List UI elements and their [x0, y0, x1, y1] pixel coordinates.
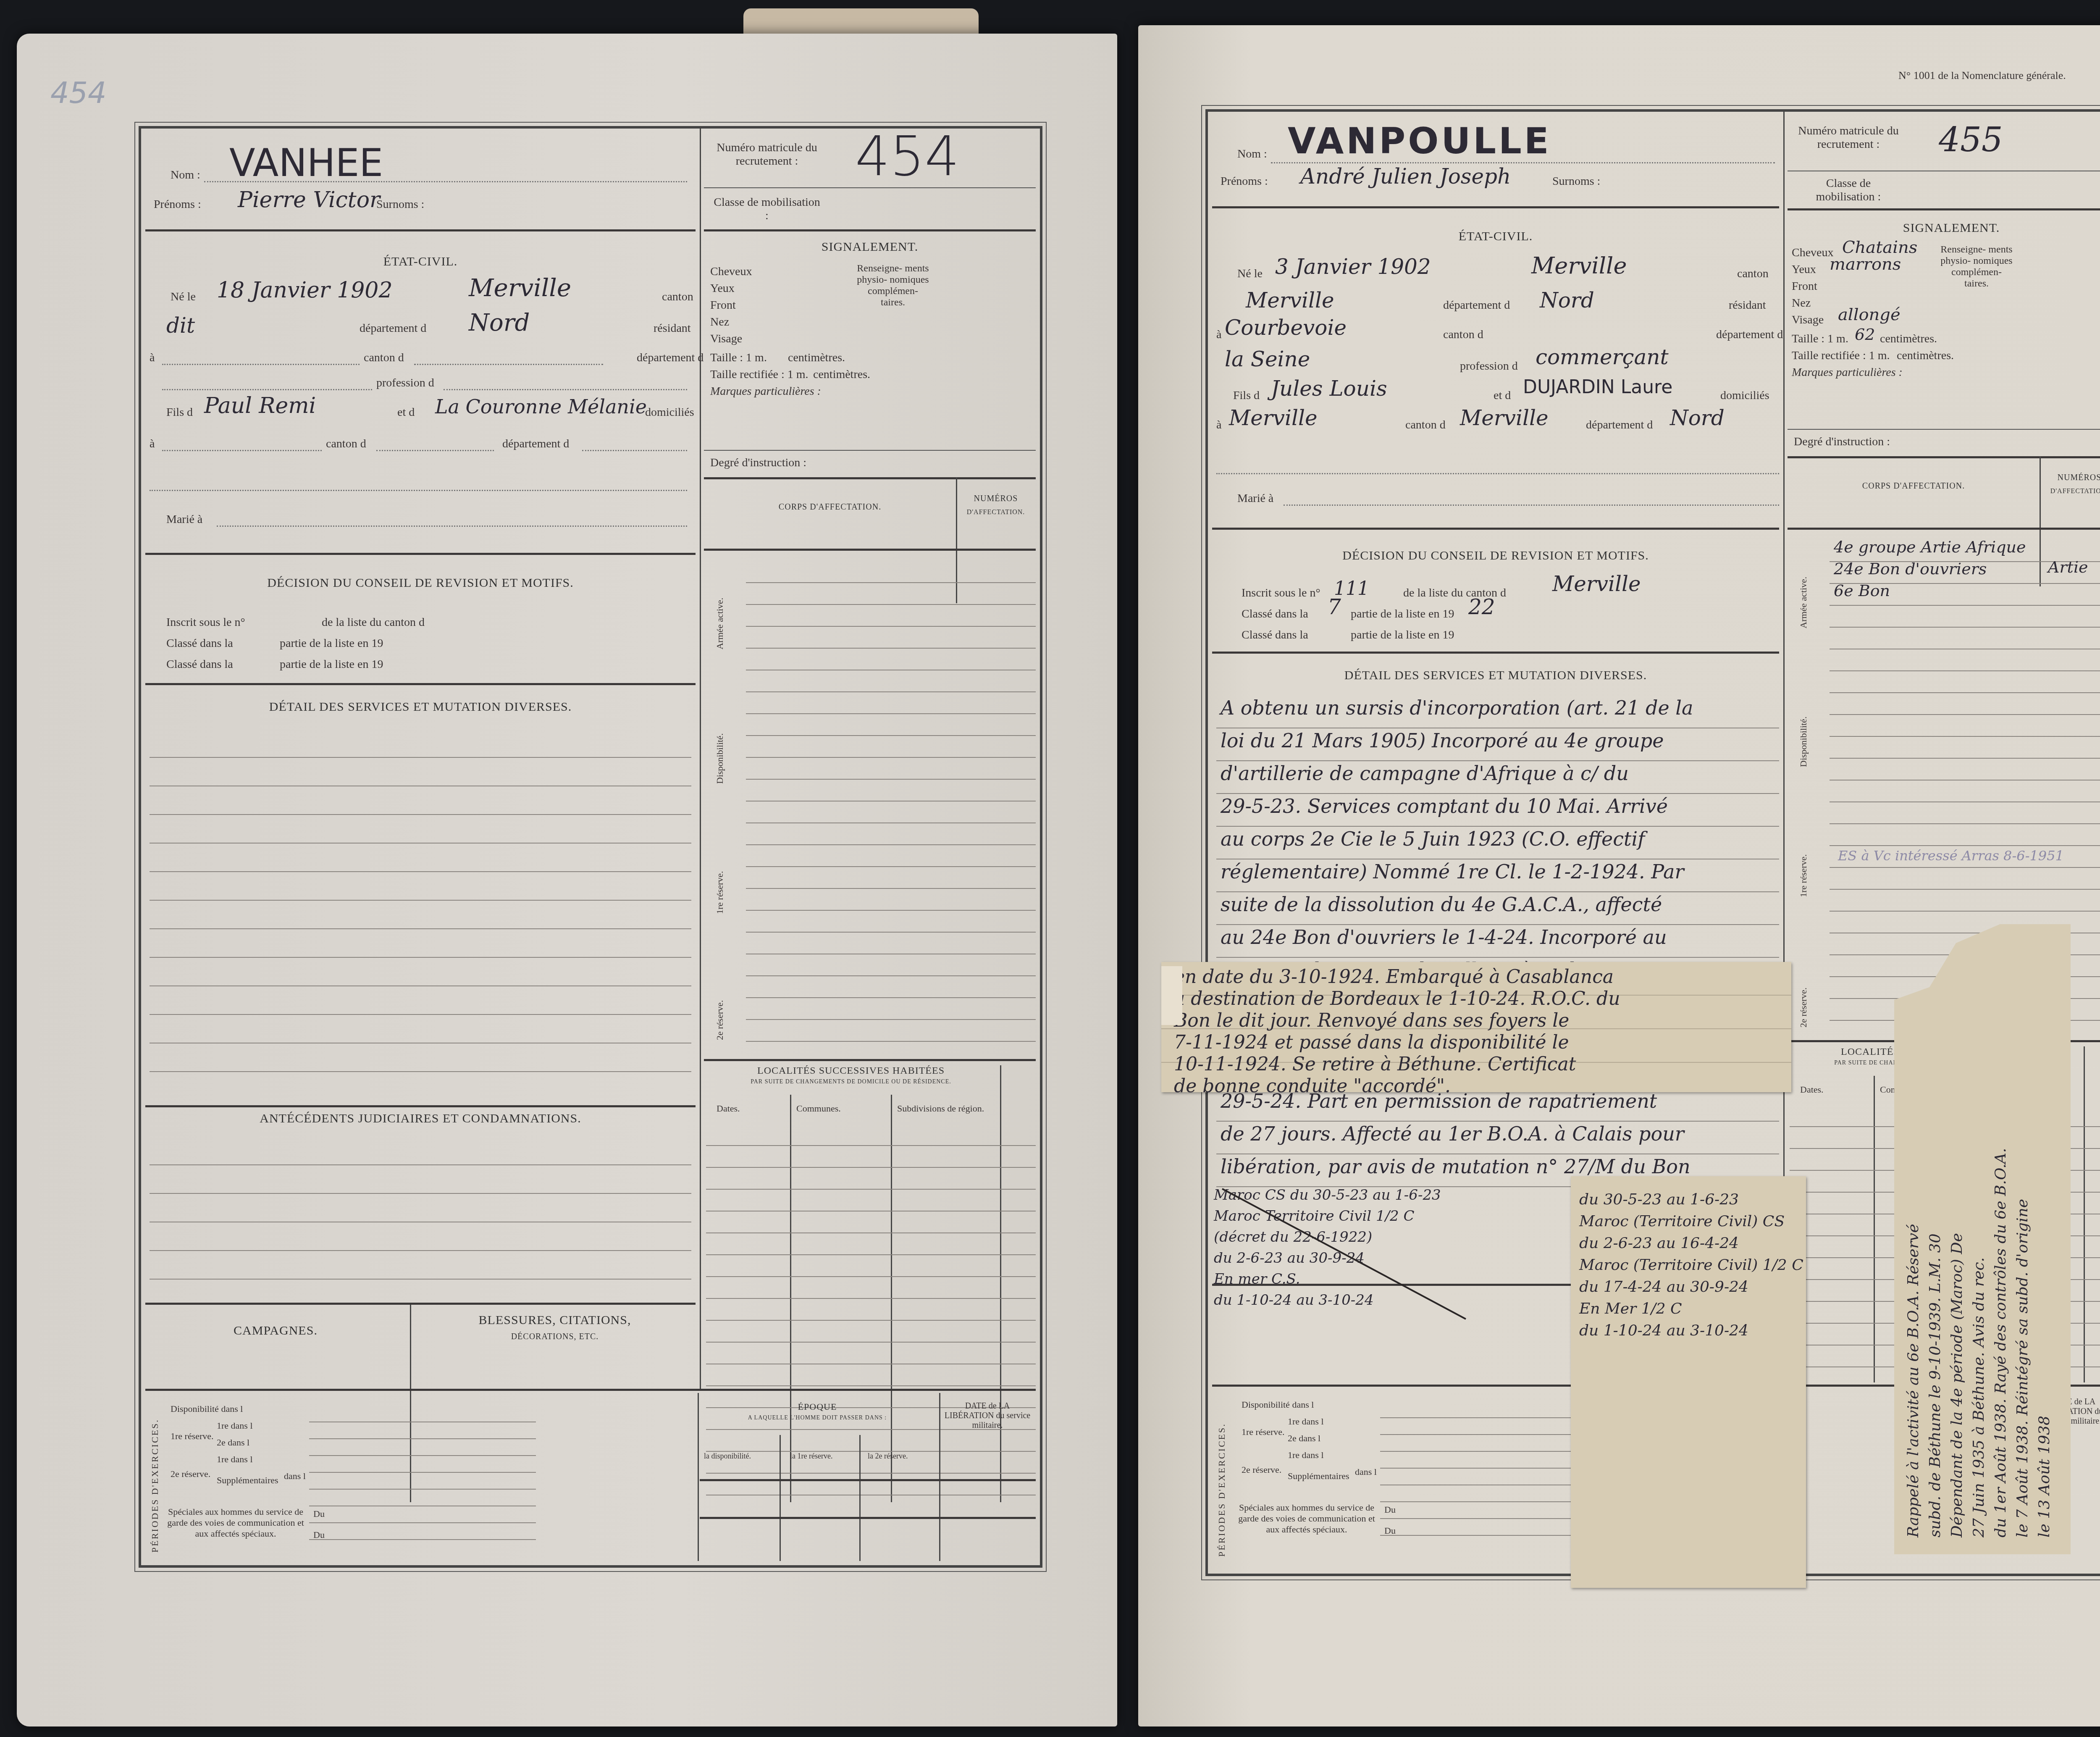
supplementaires-label: Supplémentaires: [217, 1475, 278, 1486]
canton-d-label: canton d: [364, 351, 404, 365]
taille-label: Taille : 1 m.: [710, 351, 767, 365]
residence-line: [162, 364, 360, 365]
decorations-heading: DÉCORATIONS, ETC.: [410, 1332, 700, 1342]
res2-label: 2e réserve.: [171, 1469, 210, 1479]
a-label: à: [150, 351, 155, 365]
tape: [1161, 966, 1182, 1025]
divider: [1212, 206, 1779, 208]
residant-value: Courbevoie: [1225, 315, 1347, 340]
visage-label: Visage: [710, 332, 742, 346]
partie-label-2: partie de la liste en 19: [1351, 628, 1454, 642]
antecedents-lines: [150, 1137, 691, 1296]
et-de-label: et d: [1494, 389, 1511, 402]
blessures-heading: BLESSURES, CITATIONS,: [410, 1313, 700, 1327]
yeux-value: marrons: [1830, 255, 1901, 274]
reserve2-note: ES à Vc intéressé Arras 8-6-1951: [1838, 848, 2064, 864]
divider: [1788, 429, 2100, 430]
birth-place-value: Merville: [469, 273, 571, 302]
epoque-disp: la disponibilité.: [704, 1452, 751, 1461]
speciales-label: Spéciales aux hommes du service de garde…: [166, 1506, 305, 1539]
departement-label-3: département d: [1586, 418, 1653, 432]
prenoms-value: Pierre Victor: [238, 187, 380, 213]
reserve2-label: 2e réserve.: [1798, 988, 1809, 1027]
numeros-heading: NUMÉROS: [2042, 473, 2100, 483]
dom-canton-value: Merville: [1460, 406, 1549, 430]
canton-line: [414, 364, 603, 365]
taille-value: 62: [1855, 325, 1875, 344]
degre-instruction-label: Degré d'instruction :: [710, 456, 806, 470]
birth-date-value: 3 Janvier 1902: [1275, 255, 1431, 279]
canton-label: canton: [1737, 267, 1769, 281]
pasted-note-services: en date du 3-10-1924. Embarqué à Casabla…: [1161, 962, 1791, 1092]
divider: [704, 450, 1036, 451]
liste-canton-label: de la liste du canton d: [322, 616, 425, 629]
deuxieme-dans-label: 2e dans l: [217, 1437, 249, 1448]
line: [376, 450, 494, 451]
date-liberation-label: DATE de LA LIBÉRATION du service militai…: [943, 1401, 1032, 1430]
marie-a-label: Marié à: [166, 513, 202, 526]
canton-label: canton: [662, 290, 693, 304]
detail-heading: DÉTAIL DES SERVICES ET MUTATION DIVERSES…: [141, 700, 700, 714]
epoque-heading: ÉPOQUE: [700, 1401, 935, 1412]
campagnes-heading: CAMPAGNES.: [141, 1324, 410, 1338]
res1-label: 1re réserve.: [171, 1431, 214, 1442]
premier-dans-label: 1re dans l: [1288, 1416, 1324, 1427]
divider: [145, 553, 696, 555]
birth-date-value: 18 Janvier 1902: [217, 278, 393, 303]
record-form-vanhee: Nom : VANHEE Prénoms : Pierre Victor Sur…: [139, 126, 1042, 1568]
antecedents-heading: ANTÉCÉDENTS JUDICIAIRES ET CONDAMNATIONS…: [141, 1112, 700, 1126]
reserve1-label: 1re réserve.: [1798, 854, 1809, 897]
taille-rectifiee-label: Taille rectifiée : 1 m.: [710, 368, 808, 381]
divider: [698, 1393, 699, 1561]
cheveux-label: Cheveux: [710, 265, 752, 279]
canton-value: dit: [166, 313, 195, 338]
corps-affectation-heading: CORPS D'AFFECTATION.: [704, 502, 956, 512]
reserve1-label: 1re réserve.: [714, 871, 725, 914]
nez-label: Nez: [710, 315, 729, 329]
yeux-label: Yeux: [710, 282, 735, 295]
divider: [1788, 528, 2100, 530]
speciales-label: Spéciales aux hommes du service de garde…: [1237, 1502, 1376, 1535]
surnoms-label: Surnoms :: [1552, 175, 1600, 188]
premier-dans-label-2: 1re dans l: [217, 1454, 253, 1465]
divider: [145, 683, 696, 685]
classe-dans-label-2: Classé dans la: [166, 658, 233, 671]
divider: [1788, 208, 2100, 210]
divider: [145, 1105, 696, 1107]
mother-value: La Couronne Mélanie: [435, 395, 647, 418]
disponibilite-label: Disponibilité.: [1798, 717, 1809, 767]
nom-label: Nom :: [171, 168, 200, 182]
classe-mobilisation-label: Classe de mobilisation :: [712, 196, 822, 223]
divider: [145, 229, 696, 231]
divider: [704, 549, 1036, 551]
line: [1216, 473, 1779, 474]
fils-de-label: Fils d: [166, 406, 193, 419]
partie-label: partie de la liste en 19: [1351, 607, 1454, 621]
classe-annee-value: 22: [1468, 595, 1495, 619]
disp-dans-label: Disponibilité dans l: [171, 1403, 243, 1414]
armee-active-label: Armée active.: [1798, 577, 1809, 628]
left-page-pencil-number: 454: [50, 76, 107, 110]
classe-mobilisation-label: Classe de mobilisation :: [1796, 177, 1901, 204]
marie-line: [1284, 505, 1779, 506]
ne-le-label: Né le: [171, 290, 196, 304]
profession-line: [444, 389, 687, 390]
detail-heading: DÉTAIL DES SERVICES ET MUTATION DIVERSES…: [1208, 668, 1783, 683]
localites-heading: LOCALITÉS SUCCESSIVES HABITÉES: [704, 1065, 998, 1077]
classe-dans-label-2: Classé dans la: [1242, 628, 1308, 642]
divider: [1212, 652, 1779, 654]
periodes-label: PÉRIODES D'EXERCICES.: [1216, 1423, 1227, 1557]
prenoms-label: Prénoms :: [154, 198, 201, 211]
residant-label: résidant: [654, 322, 691, 335]
profession-label: profession d: [1460, 360, 1518, 373]
res1-label: 1re réserve.: [1242, 1427, 1285, 1437]
divider: [939, 1393, 940, 1561]
line: [162, 450, 322, 451]
fils-de-label: Fils d: [1233, 389, 1260, 402]
divider: [1788, 171, 2100, 171]
mother-value: DUJARDIN Laure: [1523, 376, 1672, 398]
etat-civil-heading: ÉTAT-CIVIL.: [1208, 229, 1783, 244]
marie-a-label: Marié à: [1237, 492, 1273, 505]
epoque-res1: la 1re réserve.: [790, 1452, 832, 1461]
nomenclature-label: N° 1001 de la Nomenclature générale.: [1898, 69, 2066, 82]
a-label: à: [1216, 328, 1221, 342]
campagnes-crossed-entry: Maroc CS du 30-5-23 au 1-6-23 Maroc Terr…: [1214, 1185, 1508, 1323]
localites-lines: [706, 1124, 1036, 1502]
col-communes: Communes.: [796, 1103, 841, 1114]
divider: [145, 1389, 1036, 1391]
reserve2-label: 2e réserve.: [714, 1000, 725, 1040]
canton-liste-value: Merville: [1552, 572, 1641, 596]
col-subdivisions: Subdivisions de région.: [897, 1103, 984, 1114]
centimetres-label-2: centimètres.: [1897, 349, 1954, 363]
divider: [700, 1517, 1036, 1519]
departement-value: Nord: [1540, 288, 1594, 313]
line: [150, 490, 687, 491]
centimetres-label: centimètres.: [788, 351, 845, 365]
dans-l-label: dans l: [284, 1471, 306, 1482]
matricule-label: Numéro matricule du recrutement :: [712, 141, 822, 168]
disponibilite-label: Disponibilité.: [714, 733, 725, 784]
numeros-heading: NUMÉROS: [956, 494, 1036, 504]
divider: [704, 229, 1036, 231]
degre-instruction-label: Degré d'instruction :: [1794, 435, 1890, 449]
front-label: Front: [1792, 280, 1817, 293]
divider: [859, 1435, 861, 1561]
strike-through-line: [1214, 1185, 1508, 1323]
residant-dept-value: la Seine: [1225, 347, 1310, 371]
inscrit-label: Inscrit sous le n°: [1242, 586, 1320, 600]
yeux-label: Yeux: [1792, 263, 1816, 276]
profession-label: profession d: [376, 376, 434, 390]
supplementaires-label: Supplémentaires: [1288, 1471, 1349, 1482]
dans-l-label: dans l: [1355, 1466, 1377, 1477]
prenoms-value: André Julien Joseph: [1300, 164, 1511, 189]
canton-d-label-2: canton d: [1405, 418, 1446, 432]
line: [582, 450, 687, 451]
matricule-label: Numéro matricule du recrutement :: [1796, 124, 1901, 151]
taille-label: Taille : 1 m.: [1792, 332, 1848, 346]
pasted-note-vertical: Rappelé à l'activité au 6e B.O.A. Réserv…: [1894, 924, 2071, 1554]
surnoms-label: Surnoms :: [376, 198, 424, 211]
decision-heading: DÉCISION DU CONSEIL DE REVISION ET MOTIF…: [1208, 549, 1783, 563]
departement-label-2: département d: [1716, 328, 1783, 342]
res2-label: 2e réserve.: [1242, 1464, 1281, 1475]
front-label: Front: [710, 299, 736, 312]
divider: [704, 477, 1036, 479]
vertical-note-text: Rappelé à l'activité au 6e B.O.A. Réserv…: [1903, 1148, 2055, 1537]
divider: [780, 1435, 781, 1561]
col-dates: Dates.: [717, 1103, 740, 1114]
classe-dans-label: Classé dans la: [1242, 607, 1308, 621]
centimetres-label-2: centimètres.: [813, 368, 870, 381]
father-value: Paul Remi: [204, 393, 316, 418]
divider: [700, 1479, 1036, 1481]
residant-label: résidant: [1729, 299, 1766, 312]
affectation-numero: Artie: [2048, 558, 2088, 576]
marques-label: Marques particulières :: [1792, 366, 1903, 379]
nom-line: [1271, 162, 1775, 163]
periodes-label: PÉRIODES D'EXERCICES.: [150, 1419, 160, 1553]
epoque-res2: la 2e réserve.: [868, 1452, 908, 1461]
detail-services-lines: [150, 729, 691, 1099]
cheveux-label: Cheveux: [1792, 246, 1834, 260]
divider: [704, 1059, 1036, 1061]
centimetres-label: centimètres.: [1880, 332, 1937, 346]
renseignements-label: Renseigne- ments physio- nomiques complé…: [855, 263, 931, 308]
divider: [145, 1303, 696, 1305]
divider: [1788, 456, 2100, 458]
affectations-corps: 4e groupe Artie Afrique 24e Bon d'ouvrie…: [1834, 536, 2026, 602]
divider: [704, 187, 1036, 188]
renseignements-label: Renseigne- ments physio- nomiques complé…: [1939, 244, 2014, 289]
corps-affectation-heading: CORPS D'AFFECTATION.: [1788, 481, 2040, 491]
periodes-lines: [309, 1406, 536, 1548]
visage-value: allongé: [1838, 305, 1900, 324]
ne-le-label: Né le: [1237, 267, 1263, 281]
d-affectation-heading: D'AFFECTATION.: [2042, 488, 2100, 495]
matricule-value: 455: [1939, 120, 2003, 159]
marie-line: [217, 526, 687, 527]
nom-value: VANPOULLE: [1288, 120, 1551, 162]
a-label-2: à: [150, 437, 155, 451]
line: [162, 389, 372, 390]
classe-dans-label: Classé dans la: [166, 637, 233, 650]
signalement-heading: SIGNALEMENT.: [700, 240, 1040, 254]
nom-label: Nom :: [1237, 147, 1267, 161]
disp-dans-label: Disponibilité dans l: [1242, 1399, 1314, 1410]
epoque-subheading: A LAQUELLE L'HOMME DOIT PASSER DANS :: [700, 1415, 935, 1422]
matricule-value: 454: [855, 124, 959, 188]
deuxieme-dans-label: 2e dans l: [1288, 1433, 1320, 1444]
visage-label: Visage: [1792, 313, 1824, 327]
profession-value: commerçant: [1536, 345, 1669, 369]
departement-label: département d: [360, 322, 426, 335]
domicilies-label: domiciliés: [645, 406, 694, 419]
divider: [1212, 528, 1779, 530]
inscrit-label: Inscrit sous le n°: [166, 616, 245, 629]
canton-d-label: canton d: [1443, 328, 1483, 342]
armee-active-label: Armée active.: [714, 598, 725, 649]
classe-partie-value: 7: [1328, 595, 1341, 619]
taille-rectifiee-label: Taille rectifiée : 1 m.: [1792, 349, 1890, 363]
dom-dept-value: Nord: [1670, 406, 1725, 430]
father-value: Jules Louis: [1271, 376, 1387, 401]
services-note-text: en date du 3-10-1924. Embarqué à Casabla…: [1174, 966, 1620, 1097]
partie-label: partie de la liste en 19: [280, 637, 383, 650]
departement-label: département d: [1443, 299, 1510, 312]
etat-civil-heading: ÉTAT-CIVIL.: [141, 255, 700, 269]
premier-dans-label: 1re dans l: [217, 1420, 253, 1431]
dom-lieu-value: Merville: [1229, 406, 1318, 430]
nez-label: Nez: [1792, 297, 1811, 310]
birth-place-value: Merville: [1531, 252, 1627, 279]
departement-value: Nord: [469, 309, 530, 336]
et-de-label: et d: [397, 406, 415, 419]
localites-subheading: PAR SUITE DE CHANGEMENTS DE DOMICILE OU …: [704, 1079, 998, 1085]
canton-d-label-2: canton d: [326, 437, 366, 451]
canton-value: Merville: [1246, 288, 1334, 313]
premier-dans-label-2: 1re dans l: [1288, 1450, 1324, 1461]
nom-value: VANHEE: [229, 141, 383, 185]
marques-label: Marques particulières :: [710, 385, 821, 398]
column-divider: [700, 129, 701, 1389]
signalement-heading: SIGNALEMENT.: [1783, 221, 2100, 235]
prenoms-label: Prénoms :: [1221, 175, 1268, 188]
a-label-2: à: [1216, 418, 1221, 432]
affectation-lines: [746, 561, 1036, 1053]
partie-label-2: partie de la liste en 19: [280, 658, 383, 671]
services-text: A obtenu un sursis d'incorporation (art.…: [1221, 691, 1693, 1183]
col-dates: Dates.: [1800, 1084, 1824, 1095]
decision-heading: DÉCISION DU CONSEIL DE REVISION ET MOTIF…: [141, 576, 700, 590]
d-affectation-heading: D'AFFECTATION.: [956, 509, 1036, 516]
departement-label-2: département d: [637, 351, 703, 365]
pasted-note-campagnes: du 30-5-23 au 1-6-23 Maroc (Territoire C…: [1571, 1176, 1806, 1588]
domicilies-label: domiciliés: [1720, 389, 1769, 402]
departement-label-3: département d: [502, 437, 569, 451]
campagnes-note-text: du 30-5-23 au 1-6-23 Maroc (Territoire C…: [1579, 1189, 1803, 1342]
